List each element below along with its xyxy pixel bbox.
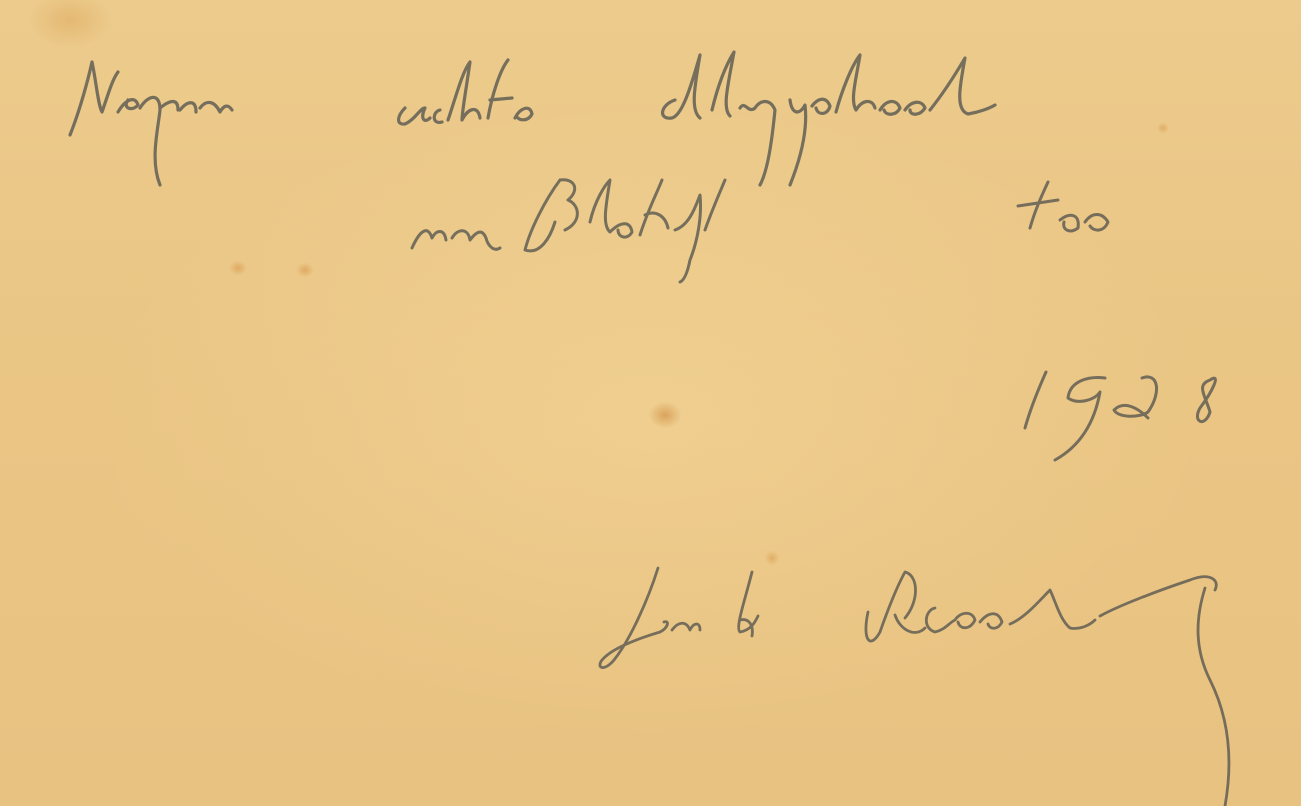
line2-handwriting — [412, 180, 1108, 282]
signature-handwriting — [600, 568, 1229, 806]
handwriting-layer — [0, 0, 1301, 806]
line1-handwriting — [70, 52, 995, 185]
year-handwriting — [1025, 372, 1215, 460]
